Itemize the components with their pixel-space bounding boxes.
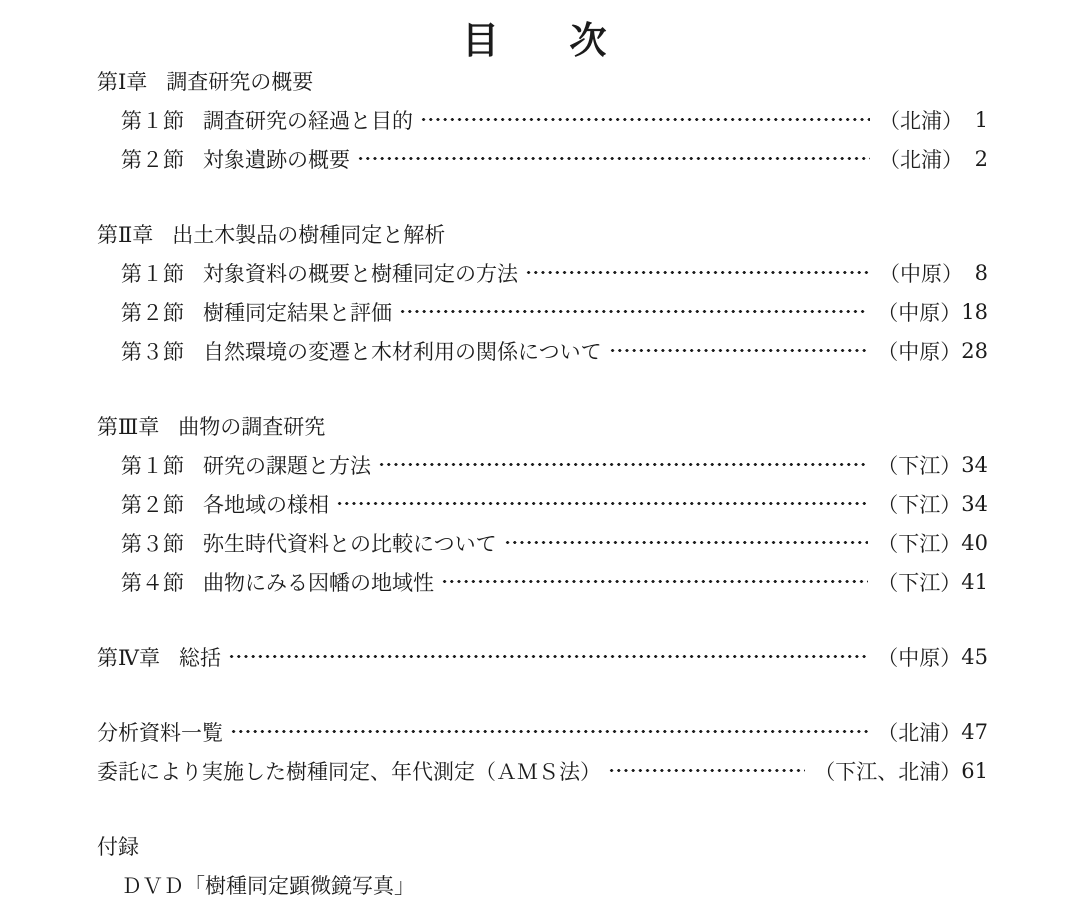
page-number: 40 [961,531,988,555]
section-title: 樹種同定結果と評価 [203,297,392,327]
section-label: 第２節 [121,144,184,174]
page-number: 34 [961,492,988,516]
dot-leader [525,253,870,292]
section-row: 第３節 自然環境の変遷と木材利用の関係について （中原） 28 [97,331,988,370]
dot-leader [399,292,868,331]
chapter-label: 第Ⅱ章 [97,219,153,249]
dot-leader [230,712,868,751]
author-credit: （中原） [877,297,961,327]
dot-leader [228,637,868,676]
author-credit: （下江、北浦） [814,756,961,786]
author-credit: （中原） [877,642,961,672]
dot-leader [441,562,868,601]
author-credit: （中原） [879,258,963,288]
block-gap [97,178,988,214]
author-credit: （下江） [877,528,961,558]
dot-leader [504,523,869,562]
appendix-item-row: ＤＶＤ「樹種同定顕微鏡写真」 [97,865,988,901]
appendix-item: ＤＶＤ「樹種同定顕微鏡写真」 [121,870,415,900]
chapter-row: 第Ⅱ章 出土木製品の樹種同定と解析 [97,214,988,253]
page-number: 45 [961,645,988,669]
dot-leader [609,331,869,370]
section-row: 第２節 各地域の様相 （下江） 34 [97,484,988,523]
dot-leader [378,445,868,484]
page-number: 28 [961,339,988,363]
author-credit: （北浦） [877,717,961,747]
section-label: 第３節 [121,528,184,558]
page-number: 61 [961,759,988,783]
entry-title: 分析資料一覧 [97,717,223,747]
author-credit: （下江） [877,489,961,519]
section-row: 第２節 対象遺跡の概要 （北浦） 2 [97,139,988,178]
page-number: 18 [961,300,988,324]
page-number: 47 [961,720,988,744]
author-credit: （中原） [877,336,961,366]
section-title: 調査研究の経過と目的 [203,105,413,135]
toc-page: 目 次 第Ⅰ章 調査研究の概要 第１節 調査研究の経過と目的 （北浦） 1 第２… [0,0,1089,901]
page-number: 1 [963,108,988,132]
author-credit: （北浦） [879,144,963,174]
section-title: 研究の課題と方法 [203,450,371,480]
section-label: 第２節 [121,297,184,327]
dot-leader [336,484,868,523]
section-row: 第１節 対象資料の概要と樹種同定の方法 （中原） 8 [97,253,988,292]
section-title: 曲物にみる因幡の地域性 [203,567,434,597]
chapter-row: 第Ⅲ章 曲物の調査研究 [97,406,988,445]
dot-leader [420,100,870,139]
block-gap [97,790,988,826]
entry-title: 委託により実施した樹種同定、年代測定（ＡＭＳ法） [97,756,601,786]
chapter-label: 第Ⅳ章 [97,642,160,672]
section-row: 第１節 研究の課題と方法 （下江） 34 [97,445,988,484]
chapter-label: 第Ⅰ章 [97,66,147,96]
toc-rows: 第Ⅰ章 調査研究の概要 第１節 調査研究の経過と目的 （北浦） 1 第２節 対象… [97,61,988,901]
entry-row: 委託により実施した樹種同定、年代測定（ＡＭＳ法） （下江、北浦） 61 [97,751,988,790]
entry-row: 分析資料一覧 （北浦） 47 [97,712,988,751]
section-label: 第１節 [121,450,184,480]
section-label: 第１節 [121,258,184,288]
dot-leader [608,751,805,790]
appendix-heading-row: 付録 [97,826,988,865]
chapter-title: 総括 [179,642,221,672]
page-number: 2 [963,147,988,171]
section-title: 対象遺跡の概要 [203,144,350,174]
section-row: 第１節 調査研究の経過と目的 （北浦） 1 [97,100,988,139]
author-credit: （北浦） [879,105,963,135]
appendix-heading: 付録 [97,831,139,861]
author-credit: （下江） [877,450,961,480]
page-number: 8 [963,261,988,285]
section-title: 弥生時代資料との比較について [203,528,497,558]
page-number: 41 [961,570,988,594]
section-row: 第４節 曲物にみる因幡の地域性 （下江） 41 [97,562,988,601]
section-label: 第４節 [121,567,184,597]
chapter-row: 第Ⅰ章 調査研究の概要 [97,61,988,100]
block-gap [97,676,988,712]
block-gap [97,370,988,406]
chapter-title: 曲物の調査研究 [178,411,325,441]
page-title: 目 次 [97,20,988,60]
chapter-title: 調査研究の概要 [166,66,313,96]
chapter-label: 第Ⅲ章 [97,411,159,441]
dot-leader [357,139,870,178]
section-title: 対象資料の概要と樹種同定の方法 [203,258,518,288]
chapter-row: 第Ⅳ章 総括 （中原） 45 [97,637,988,676]
section-row: 第３節 弥生時代資料との比較について （下江） 40 [97,523,988,562]
chapter-title: 出土木製品の樹種同定と解析 [172,219,445,249]
section-label: 第２節 [121,489,184,519]
section-label: 第１節 [121,105,184,135]
block-gap [97,601,988,637]
section-title: 自然環境の変遷と木材利用の関係について [203,336,602,366]
section-title: 各地域の様相 [203,489,329,519]
author-credit: （下江） [877,567,961,597]
section-row: 第２節 樹種同定結果と評価 （中原） 18 [97,292,988,331]
section-label: 第３節 [121,336,184,366]
page-number: 34 [961,453,988,477]
